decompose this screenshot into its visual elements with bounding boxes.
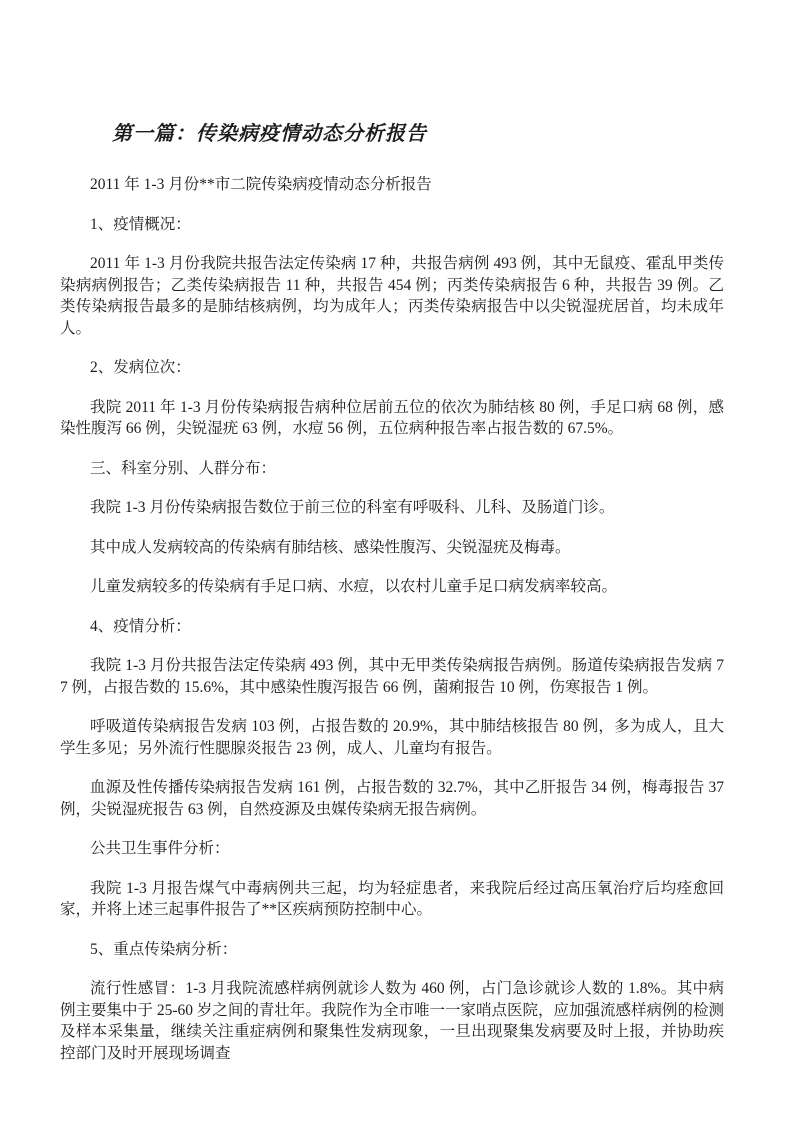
section-3-paragraph-3: 儿童发病较多的传染病有手足口病、水痘，以农村儿童手足口病发病率较高。 bbox=[60, 576, 724, 598]
section-5-heading: 5、重点传染病分析： bbox=[60, 939, 724, 961]
section-1-paragraph: 2011 年 1-3 月份我院共报告法定传染病 17 种，共报告病例 493 例… bbox=[60, 253, 724, 339]
document-title: 第一篇：传染病疫情动态分析报告 bbox=[60, 121, 724, 147]
section-2-heading: 2、发病位次： bbox=[60, 357, 724, 379]
section-5-paragraph: 流行性感冒：1-3 月我院流感样病例就诊人数为 460 例，占门急诊就诊人数的 … bbox=[60, 978, 724, 1064]
section-1-heading: 1、疫情概况： bbox=[60, 214, 724, 236]
section-4-paragraph-2: 呼吸道传染病报告发病 103 例，占报告数的 20.9%，其中肺结核报告 80 … bbox=[60, 716, 724, 759]
section-4-heading: 4、疫情分析： bbox=[60, 616, 724, 638]
section-4-paragraph-1: 我院 1-3 月份共报告法定传染病 493 例，其中无甲类传染病报告病例。肠道传… bbox=[60, 655, 724, 698]
section-3-paragraph-2: 其中成人发病较高的传染病有肺结核、感染性腹泻、尖锐湿疣及梅毒。 bbox=[60, 537, 724, 559]
section-4-paragraph-3: 血源及性传播传染病报告发病 161 例，占报告数的 32.7%，其中乙肝报告 3… bbox=[60, 777, 724, 820]
public-health-paragraph: 我院 1-3 月报告煤气中毒病例共三起，均为轻症患者，来我院后经过高压氧治疗后均… bbox=[60, 878, 724, 921]
document-subtitle: 2011 年 1-3 月份**市二院传染病疫情动态分析报告 bbox=[60, 174, 724, 196]
section-3-paragraph-1: 我院 1-3 月份传染病报告数位于前三位的科室有呼吸科、儿科、及肠道门诊。 bbox=[60, 497, 724, 519]
section-3-heading: 三、科室分别、人群分布： bbox=[60, 458, 724, 480]
document-page: 第一篇：传染病疫情动态分析报告 2011 年 1-3 月份**市二院传染病疫情动… bbox=[0, 0, 800, 1132]
public-health-heading: 公共卫生事件分析： bbox=[60, 838, 724, 860]
section-2-paragraph: 我院 2011 年 1-3 月份传染病报告病种位居前五位的依次为肺结核 80 例… bbox=[60, 397, 724, 440]
